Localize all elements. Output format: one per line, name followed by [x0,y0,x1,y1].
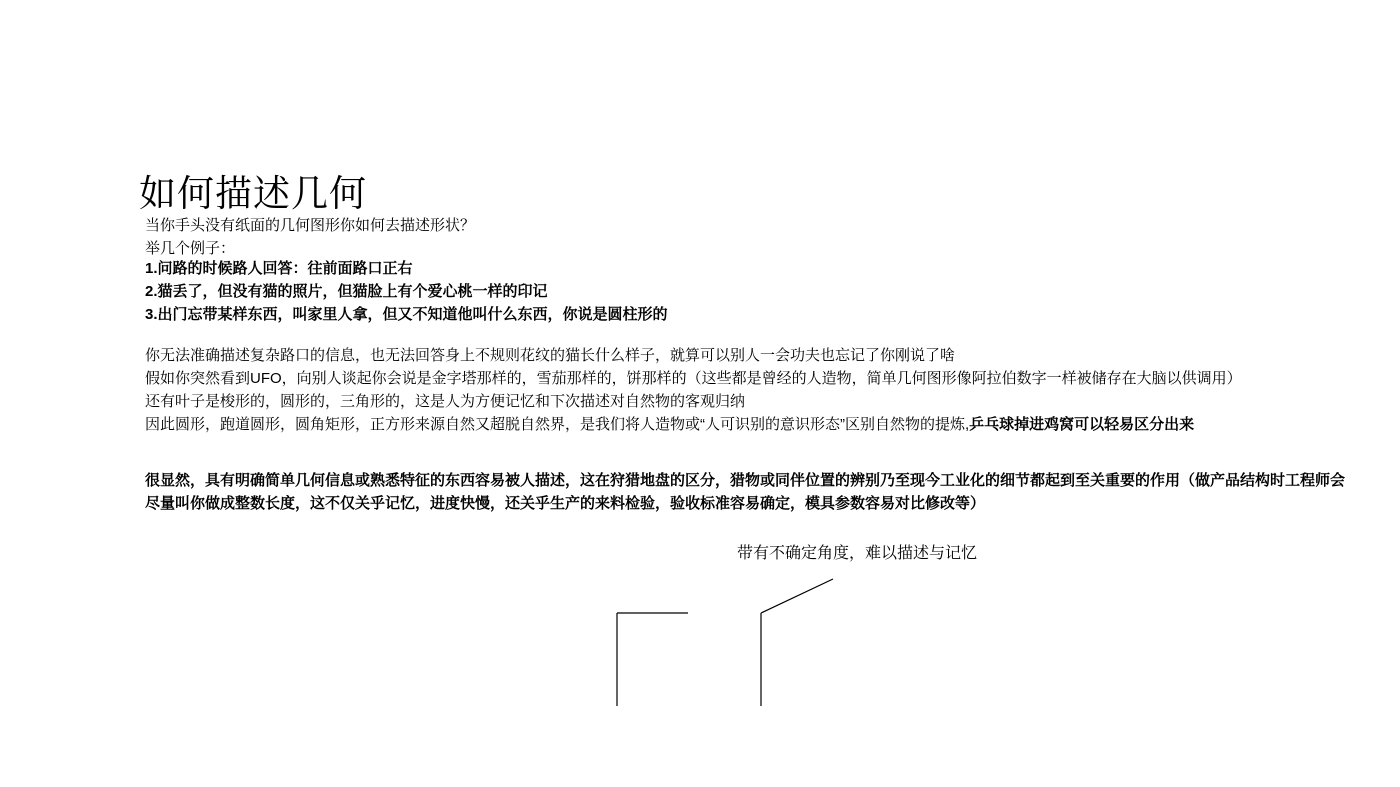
page-title: 如何描述几何 [139,163,367,217]
example-item: 2.猫丢了，但没有猫的照片，但猫脸上有个爱心桃一样的印记 [145,280,668,303]
analysis-line: 还有叶子是梭形的，圆形的，三角形的，这是人为方便记忆和下次描述对自然物的客观归纳 [145,390,1242,413]
analysis-tail-normal: 因此圆形，跑道圆形，圆角矩形，正方形来源自然又超脱自然界，是我们将人造物或“人可… [145,416,969,433]
right-angle-corner-shape [617,613,688,706]
angle-figures-drawing [600,570,850,720]
analysis-line: 假如你突然看到UFO，向别人谈起你会说是金字塔那样的，雪茄那样的，饼那样的（这些… [145,367,1242,390]
intro-line: 当你手头没有纸面的几何图形你如何去描述形状？ [145,214,475,237]
oblique-angle-corner-shape [761,579,833,706]
example-item: 3.出门忘带某样东西，叫家里人拿，但又不知道他叫什么东西，你说是圆柱形的 [145,303,668,326]
analysis-tail-bold: 乒乓球掉进鸡窝可以轻易区分出来 [969,416,1194,433]
analysis-paragraph: 你无法准确描述复杂路口的信息，也无法回答身上不规则花纹的猫长什么样子，就算可以别… [145,344,1242,436]
intro-paragraph: 当你手头没有纸面的几何图形你如何去描述形状？ 举几个例子： [145,214,475,260]
figure-caption: 带有不确定角度，难以描述与记忆 [737,542,977,565]
examples-list: 1.问路的时候路人回答：往前面路口正右 2.猫丢了，但没有猫的照片，但猫脸上有个… [145,257,668,326]
oblique-diagonal-line [761,579,833,613]
conclusion-paragraph: 很显然，具有明确简单几何信息或熟悉特征的东西容易被人描述，这在狩猎地盘的区分，猎… [145,469,1358,515]
analysis-line: 你无法准确描述复杂路口的信息，也无法回答身上不规则花纹的猫长什么样子，就算可以别… [145,344,1242,367]
example-item: 1.问路的时候路人回答：往前面路口正右 [145,257,668,280]
document-page: 如何描述几何 当你手头没有纸面的几何图形你如何去描述形状？ 举几个例子： 1.问… [0,0,1400,787]
analysis-line-mixed: 因此圆形，跑道圆形，圆角矩形，正方形来源自然又超脱自然界，是我们将人造物或“人可… [145,413,1242,436]
